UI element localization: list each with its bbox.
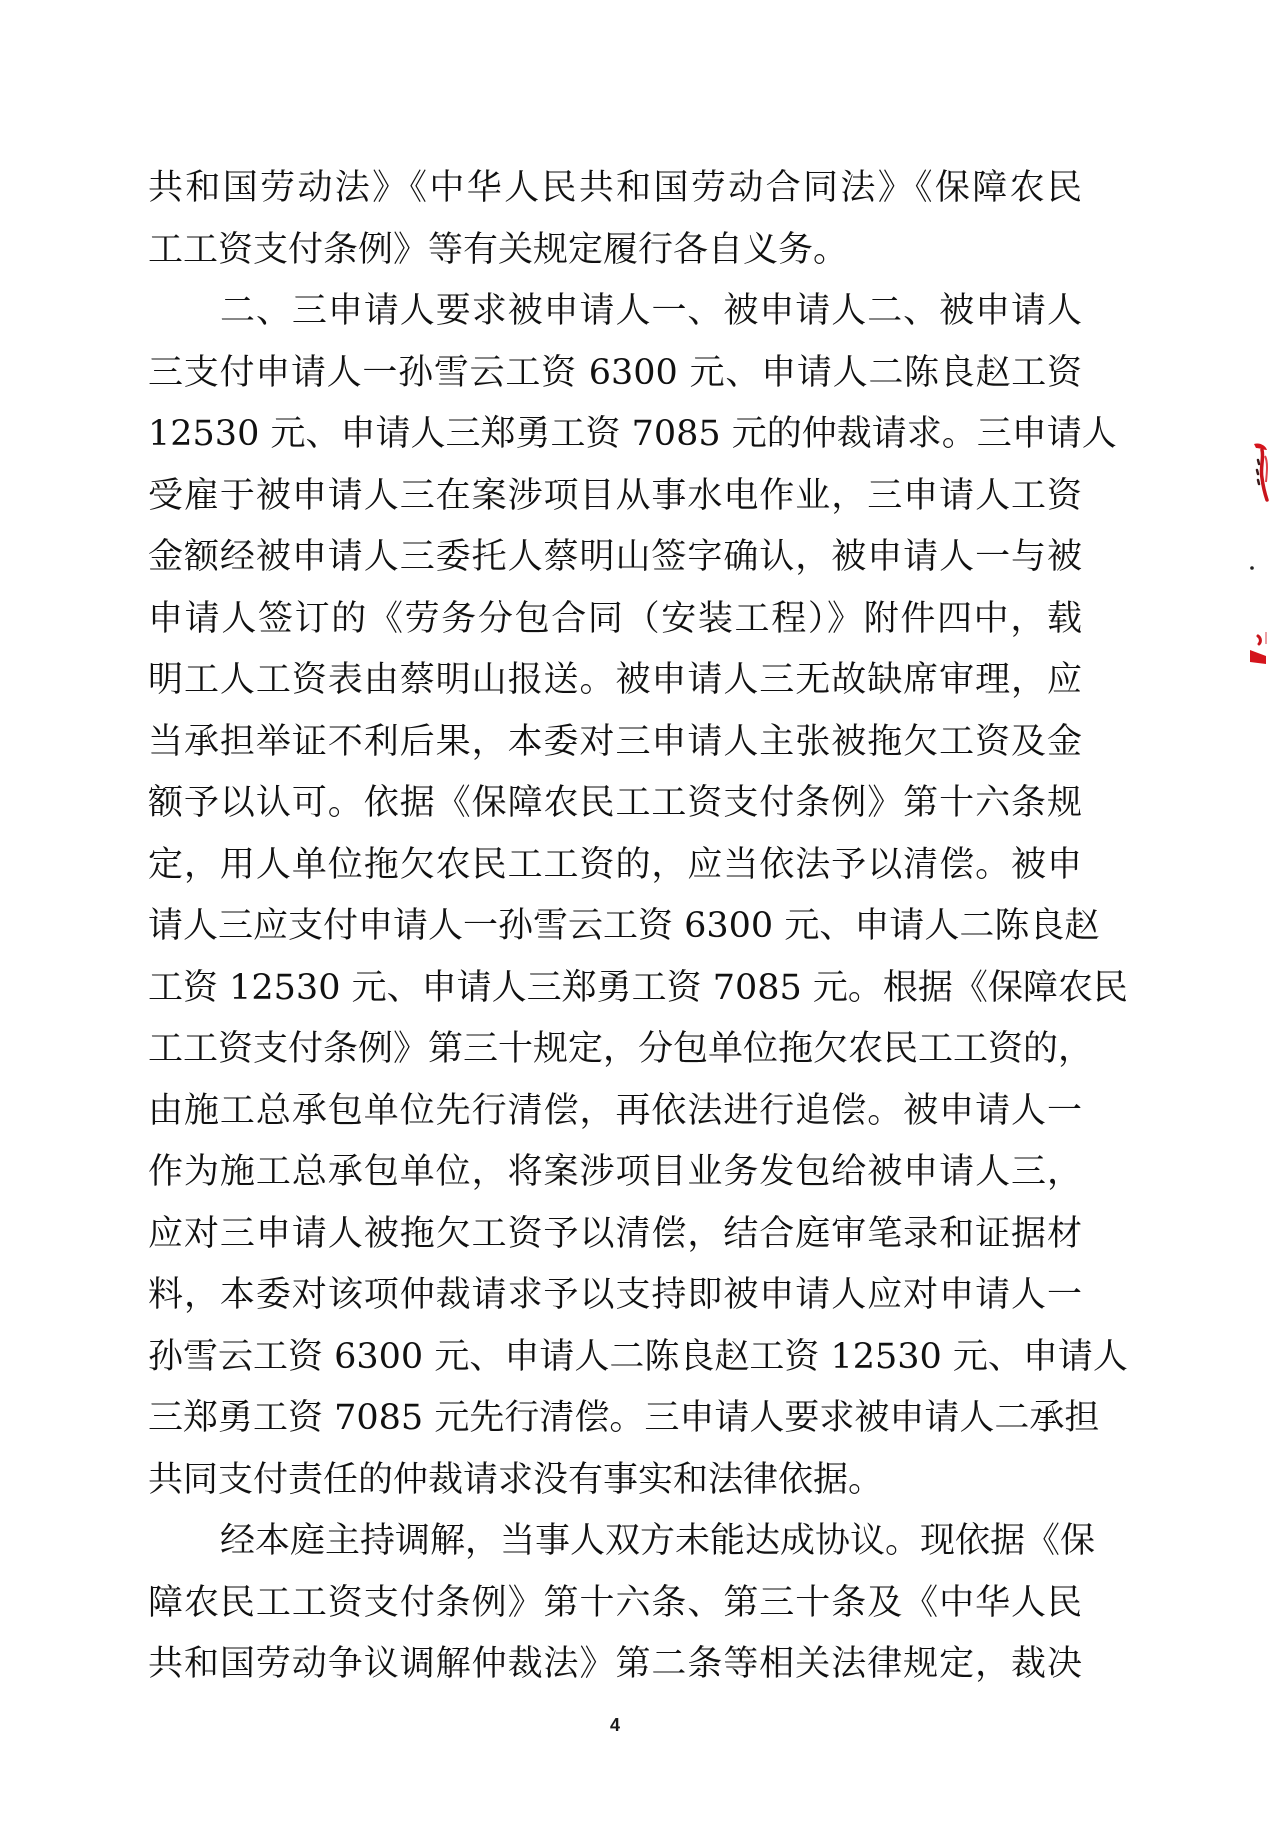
text-line: 受雇于被申请人三在案涉项目从事水电作业，三申请人工资: [148, 466, 1082, 528]
text-line: 工工资支付条例》第三十规定，分包单位拖欠农民工工资的，: [148, 1019, 1082, 1081]
page-number: 4: [600, 1715, 630, 1736]
text-line: 三郑勇工资 7085 元先行清偿。三申请人要求被申请人二承担: [148, 1388, 1082, 1450]
text-line: 共同支付责任的仲裁请求没有事实和法律依据。: [148, 1450, 1082, 1512]
text-line: 当承担举证不利后果，本委对三申请人主张被拖欠工资及金: [148, 712, 1082, 774]
text-line: 金额经被申请人三委托人蔡明山签字确认，被申请人一与被: [148, 527, 1082, 589]
text-line: 孙雪云工资 6300 元、申请人二陈良赵工资 12530 元、申请人: [148, 1327, 1082, 1389]
text-line: 申请人签订的《劳务分包合同（安装工程）》附件四中，载: [148, 589, 1082, 651]
text-line: 障农民工工资支付条例》第十六条、第三十条及《中华人民: [148, 1573, 1082, 1635]
official-seal-icon: [1240, 438, 1280, 678]
text-line: 请人三应支付申请人一孙雪云工资 6300 元、申请人二陈良赵: [148, 896, 1082, 958]
document-body: 共和国劳动法》《中华人民共和国劳动合同法》《保障农民 工工资支付条例》等有关规定…: [148, 158, 1082, 1696]
text-line: 应对三申请人被拖欠工资予以清偿，结合庭审笔录和证据材: [148, 1204, 1082, 1266]
text-line: 由施工总承包单位先行清偿，再依法进行追偿。被申请人一: [148, 1081, 1082, 1143]
paragraph-start-line: 二、三申请人要求被申请人一、被申请人二、被申请人: [148, 281, 1082, 343]
text-line: 三支付申请人一孙雪云工资 6300 元、申请人二陈良赵工资: [148, 343, 1082, 405]
text-line: 工工资支付条例》等有关规定履行各自义务。: [148, 220, 1082, 282]
text-line: 额予以认可。依据《保障农民工工资支付条例》第十六条规: [148, 773, 1082, 835]
text-line: 明工人工资表由蔡明山报送。被申请人三无故缺席审理，应: [148, 650, 1082, 712]
text-line: 工资 12530 元、申请人三郑勇工资 7085 元。根据《保障农民: [148, 958, 1082, 1020]
text-line: 作为施工总承包单位，将案涉项目业务发包给被申请人三，: [148, 1142, 1082, 1204]
text-line: 共和国劳动法》《中华人民共和国劳动合同法》《保障农民: [148, 158, 1082, 220]
text-line: 12530 元、申请人三郑勇工资 7085 元的仲裁请求。三申请人: [148, 404, 1082, 466]
paragraph-start-line: 经本庭主持调解，当事人双方未能达成协议。现依据《保: [148, 1511, 1082, 1573]
text-line: 共和国劳动争议调解仲裁法》第二条等相关法律规定，裁决: [148, 1634, 1082, 1696]
text-line: 料，本委对该项仲裁请求予以支持即被申请人应对申请人一: [148, 1265, 1082, 1327]
document-page: 共和国劳动法》《中华人民共和国劳动合同法》《保障农民 工工资支付条例》等有关规定…: [0, 0, 1280, 1847]
text-line: 定，用人单位拖欠农民工工资的，应当依法予以清偿。被申: [148, 835, 1082, 897]
